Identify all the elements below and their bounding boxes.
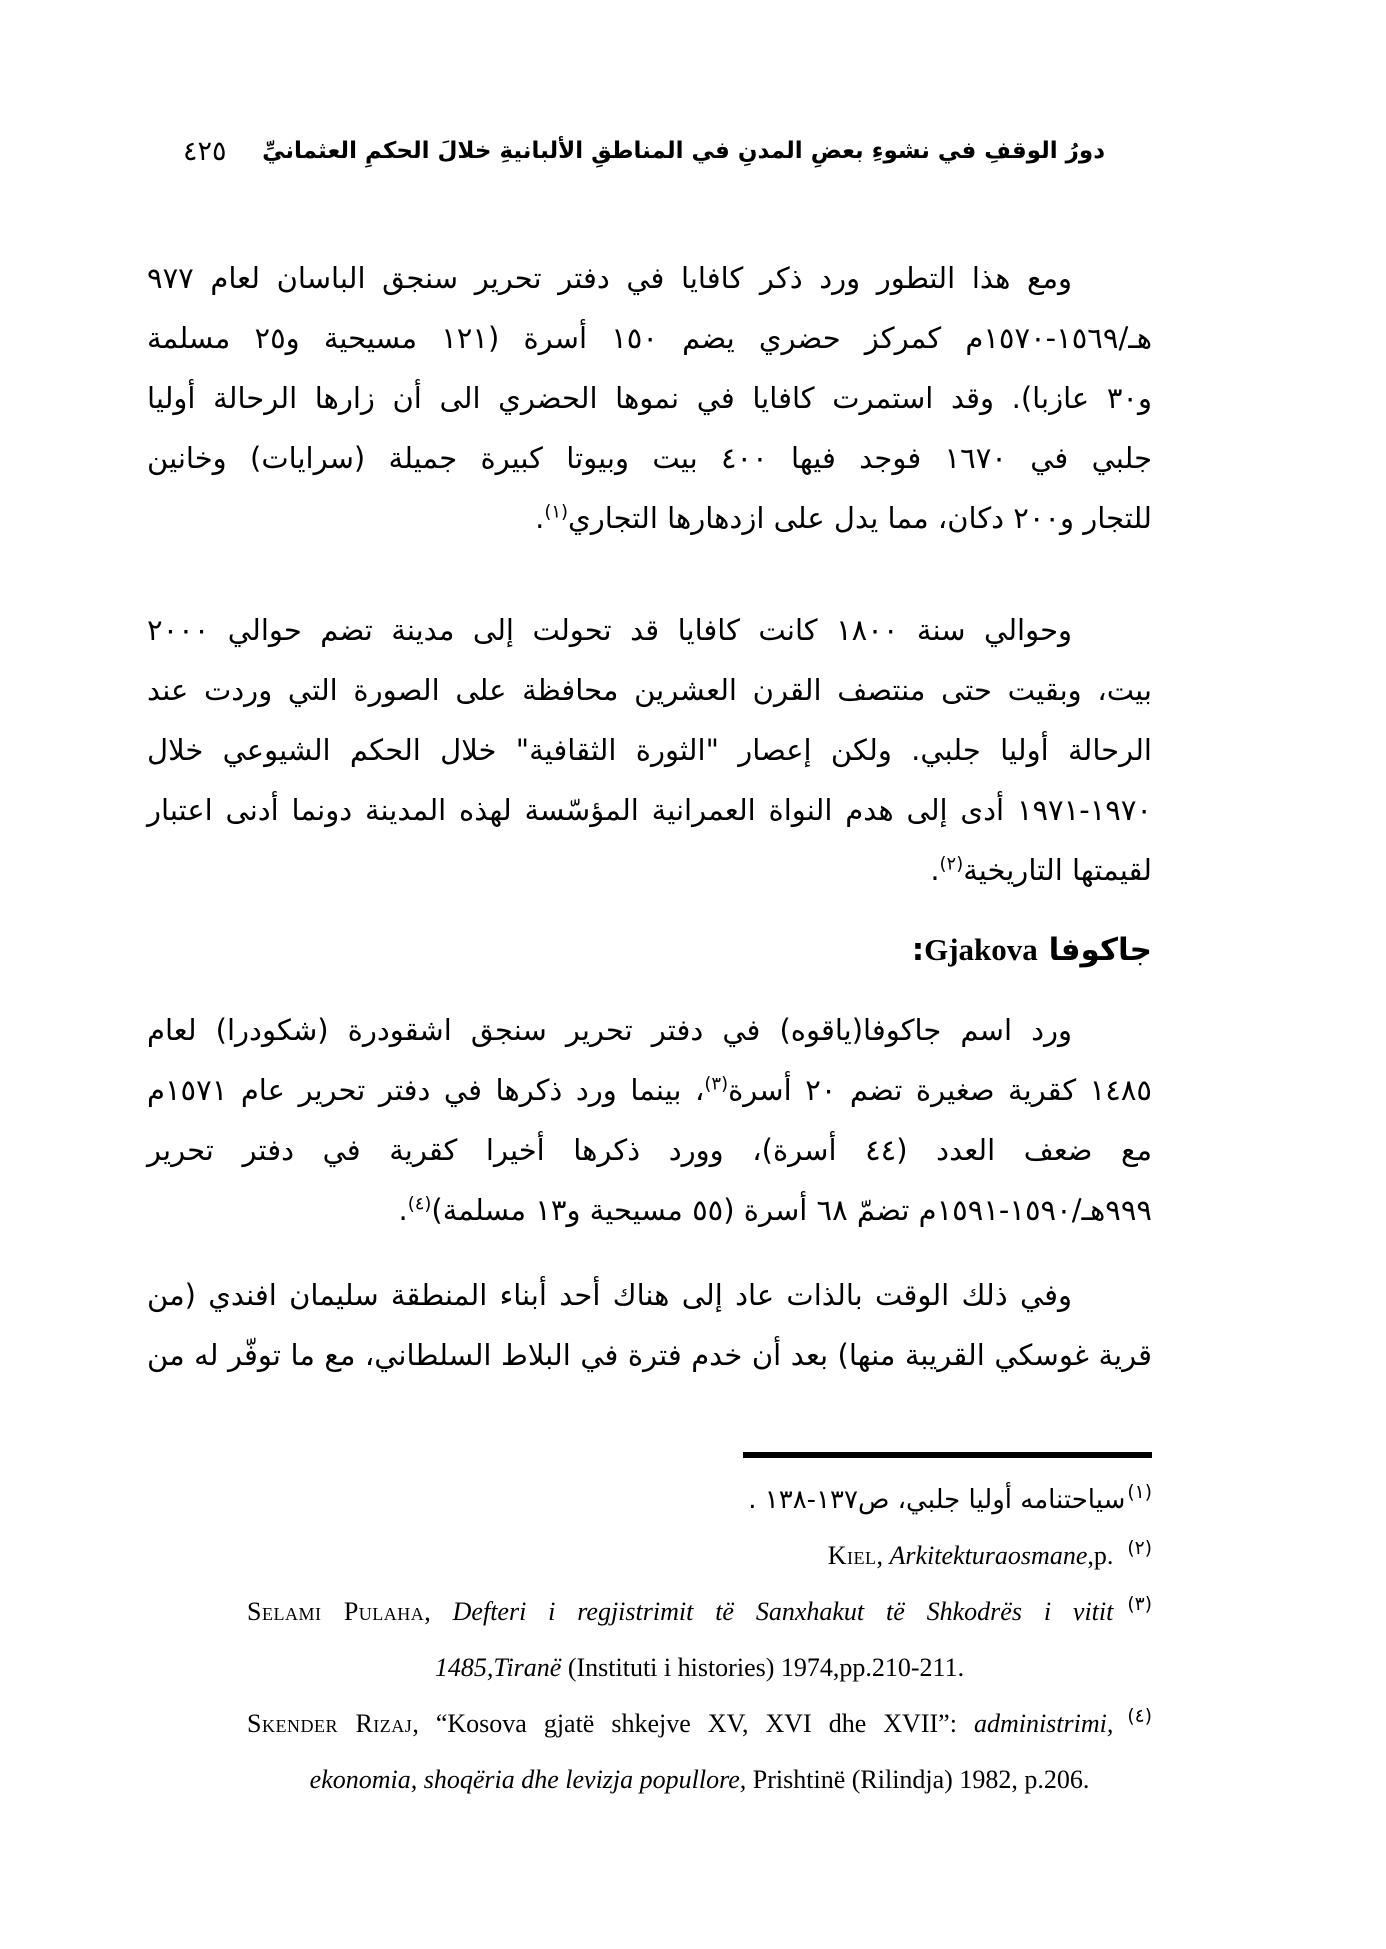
footnote-1-text: سياحتنامه أوليا جلبي، ص١٣٧-١٣٨ .	[748, 1485, 1125, 1515]
footnote-ref-1: (١)	[544, 501, 568, 522]
footnote-column: (١)سياحتنامه أوليا جلبي، ص١٣٧-١٣٨ . (٢)K…	[147, 1472, 1152, 1808]
text-line: ١٩٧٠-١٩٧١ أدى إلى هدم النواة العمرانية ا…	[147, 780, 1152, 840]
footnote-4-text: Skender Rizaj, “Kosova gjatë shkejve XV,…	[247, 1709, 1113, 1738]
footnote-4-marker: (٤)	[1127, 1706, 1152, 1727]
footnote-2-text: Kiel, Arkitekturaosmane,p.	[828, 1541, 1114, 1570]
footnote-4-line2: ekonomia, shoqëria dhe levizja popullore…	[247, 1752, 1152, 1808]
text-run: ,	[877, 1541, 890, 1570]
footnote-separator	[743, 1452, 1152, 1458]
heading-latin: Gjakova	[924, 932, 1038, 967]
text-run: ١٤٨٥ كقرية صغيرة تضم ٢٠ أسرة	[728, 1073, 1152, 1107]
text-run: ,	[424, 1597, 452, 1626]
footnote-4-title: administrimi,	[974, 1709, 1113, 1738]
text-line: ورد اسم جاكوفا(ياقوه) في دفتر تحرير سنجق…	[147, 1000, 1152, 1060]
running-title: دورُ الوقفِ في نشوءِ بعضِ المدنِ في المن…	[262, 128, 1105, 174]
footnote-3-author: Selami Pulaha	[247, 1597, 424, 1626]
footnote-3-text: Selami Pulaha, Defteri i regjistrimit të…	[247, 1597, 1113, 1626]
footnote-1: (١)سياحتنامه أوليا جلبي، ص١٣٧-١٣٨ .	[247, 1472, 1152, 1528]
footnote-3-line1: (٣)Selami Pulaha, Defteri i regjistrimit…	[247, 1584, 1152, 1640]
footnote-ref-2: (٢)	[940, 853, 964, 874]
text-run: (Instituti i histories) 1974,pp.210-211.	[561, 1653, 964, 1682]
text-run: .	[535, 501, 544, 535]
footnote-4-author: Skender Rizaj	[247, 1709, 412, 1738]
footnote-4-line2-text: ekonomia, shoqëria dhe levizja popullore…	[310, 1765, 1090, 1794]
footnotes-section: (١)سياحتنامه أوليا جلبي، ص١٣٧-١٣٨ . (٢)K…	[147, 1452, 1152, 1808]
text-line: ومع هذا التطور ورد ذكر كافايا في دفتر تح…	[147, 248, 1152, 308]
footnote-1-marker: (١)	[1127, 1482, 1152, 1503]
text-run: , “Kosova gjatë shkejve XV, XVI dhe XVII…	[412, 1709, 974, 1738]
text-line: وحوالي سنة ١٨٠٠ كانت كافايا قد تحولت إلى…	[147, 600, 1152, 660]
footnote-3-line2: 1485,Tiranë (Instituti i histories) 1974…	[247, 1640, 1152, 1696]
main-text: ومع هذا التطور ورد ذكر كافايا في دفتر تح…	[147, 248, 1152, 1385]
text-line: الرحالة أوليا جلبي. ولكن إعصار "الثورة ا…	[147, 720, 1152, 780]
footnote-3-marker: (٣)	[1127, 1594, 1152, 1615]
text-line: وفي ذلك الوقت بالذات عاد إلى هناك أحد أب…	[147, 1265, 1152, 1325]
text-line: ٩٩٩هـ/١٥٩٠-١٥٩١م تضمّ ٦٨ أسرة (٥٥ مسيحية…	[147, 1180, 1152, 1240]
text-run: .	[399, 1193, 408, 1227]
footnote-4-line1: (٤)Skender Rizaj, “Kosova gjatë shkejve …	[247, 1696, 1152, 1752]
footnote-2-title: Arkitekturaosmane	[890, 1541, 1088, 1570]
footnote-4-title-italic: ekonomia, shoqëria dhe levizja popullore…	[310, 1765, 747, 1794]
footnote-3-pubinfo-italic: 1485,Tiranë	[435, 1653, 561, 1682]
text-line: و٣٠ عازبا). وقد استمرت كافايا في نموها ا…	[147, 368, 1152, 428]
paragraph-1: ومع هذا التطور ورد ذكر كافايا في دفتر تح…	[147, 248, 1152, 548]
heading-arabic: جاكوفا	[1049, 932, 1152, 968]
text-run: ، بينما ورد ذكرها في دفتر تحرير عام ١٥٧١…	[147, 1073, 704, 1107]
text-line: للتجار و٢٠٠ دكان، مما يدل على ازدهارها ا…	[147, 488, 1152, 548]
footnote-3-title: Defteri i regjistrimit të Sanxhakut të S…	[453, 1597, 1114, 1626]
text-run: لقيمتها التاريخية	[963, 853, 1152, 887]
footnote-2-author: Kiel	[828, 1541, 877, 1570]
footnote-2-marker: (٢)	[1127, 1538, 1152, 1559]
paragraph-2: وحوالي سنة ١٨٠٠ كانت كافايا قد تحولت إلى…	[147, 600, 1152, 900]
text-line: هـ/١٥٦٩-١٥٧٠م كمركز حضري يضم ١٥٠ أسرة (١…	[147, 308, 1152, 368]
section-heading: جاكوفا Gjakova:	[147, 920, 1152, 980]
heading-colon: :	[912, 932, 924, 968]
footnote-ref-3: (٣)	[704, 1073, 728, 1094]
footnote-ref-4: (٤)	[408, 1193, 432, 1214]
text-run: Prishtinë (Rilindja) 1982, p.206.	[746, 1765, 1089, 1794]
page-number: ٤٢٥	[183, 130, 227, 174]
document-page: ٤٢٥ دورُ الوقفِ في نشوءِ بعضِ المدنِ في …	[0, 0, 1386, 1949]
paragraph-3: ورد اسم جاكوفا(ياقوه) في دفتر تحرير سنجق…	[147, 1000, 1152, 1240]
text-line: ١٤٨٥ كقرية صغيرة تضم ٢٠ أسرة(٣)، بينما و…	[147, 1060, 1152, 1120]
text-line: بيت، وبقيت حتى منتصف القرن العشرين محافظ…	[147, 660, 1152, 720]
text-line: جلبي في ١٦٧٠ فوجد فيها ٤٠٠ بيت وبيوتا كب…	[147, 428, 1152, 488]
text-run: ٩٩٩هـ/١٥٩٠-١٥٩١م تضمّ ٦٨ أسرة (٥٥ مسيحية…	[431, 1193, 1152, 1227]
text-run: .	[930, 853, 939, 887]
footnote-2: (٢)Kiel, Arkitekturaosmane,p.	[247, 1528, 1152, 1584]
text-line: لقيمتها التاريخية(٢).	[147, 840, 1152, 900]
footnote-3-line2-text: 1485,Tiranë (Instituti i histories) 1974…	[435, 1653, 964, 1682]
text-run: ,p.	[1087, 1541, 1113, 1570]
paragraph-4: وفي ذلك الوقت بالذات عاد إلى هناك أحد أب…	[147, 1265, 1152, 1385]
text-run: للتجار و٢٠٠ دكان، مما يدل على ازدهارها ا…	[568, 501, 1152, 535]
text-line: قرية غوسكي القريبة منها) بعد أن خدم فترة…	[147, 1325, 1152, 1385]
text-line: مع ضعف العدد (٤٤ أسرة)، وورد ذكرها أخيرا…	[147, 1120, 1152, 1180]
